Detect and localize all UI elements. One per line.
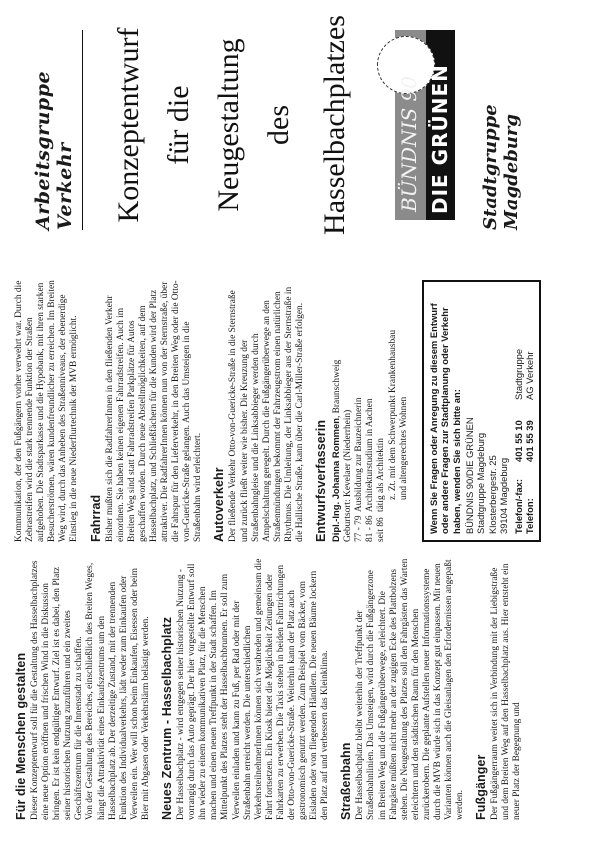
section-heading: Neues Zentrum - Hasselbachplatz <box>160 558 174 820</box>
cover-title-line: des <box>262 0 296 250</box>
phone-owner: AG Verkehr <box>524 352 535 400</box>
phone-owner: Stadtgruppe <box>513 349 524 400</box>
cover-panel: Arbeitsgruppe Verkehr Konzeptentwurf für… <box>0 0 595 250</box>
section-heading: Fußgänger <box>474 558 488 820</box>
phone-label: Telefon: <box>524 462 535 534</box>
contact-group: Stadtgruppe Magdeburg <box>475 288 486 534</box>
contact-street: Klosterbergestr. 25 <box>487 288 498 534</box>
cv-row: und altengerechtes Wohnen <box>399 280 410 542</box>
author-name: Dipl.-Ing. Johanna Rommen, Braunschweig <box>330 280 343 542</box>
phone-row: Telefon: 401 55 39 AG Verkehr <box>524 288 535 534</box>
paragraph: Bisher mußten sich die RadfahrerInnen in… <box>105 280 205 542</box>
cv-text: Architekturstudium in Aachen <box>365 398 376 512</box>
section-heading: Autoverkehr <box>212 280 226 542</box>
cv-row: seit 86tätig als Architektin <box>376 280 387 542</box>
phone-label: Telefon/-fax: <box>513 462 524 534</box>
cv-text: Ausbildung zur Bauzeichnerin <box>354 397 365 512</box>
cv-year: 77 - 79 <box>354 512 365 542</box>
paragraph: Dieser Konzeptentwurf soll für die Gesta… <box>30 558 85 820</box>
contact-org: BÜNDNIS 90/DIE GRÜNEN <box>464 288 475 534</box>
panel-inner-middle: Kommunikation, der den Fußgängern vorher… <box>14 280 585 542</box>
author-city: , Braunschweig <box>332 360 342 418</box>
cv-text: tätig als Architektin <box>376 438 387 512</box>
contact-city: 39104 Magdeburg <box>498 288 509 534</box>
cover-group-name: Arbeitsgruppe Verkehr <box>32 30 83 230</box>
paragraph: Der fließende Verkehr Otto-von-Guericke-… <box>228 280 306 542</box>
cover-city-group: Stadtgruppe Magdeburg <box>480 20 522 230</box>
author-birthplace: Geburtsort: Kevelaer (Niederrhein) <box>343 280 354 542</box>
section-heading: Fahrrad <box>89 280 103 542</box>
paragraph: Der Hasselbachplatz - wird entgegen sein… <box>176 558 331 820</box>
cv-row: 81 - 86Architekturstudium in Aachen <box>365 280 376 542</box>
paragraph: Der Hasselbachplatz bleibt weiterhin der… <box>355 558 466 820</box>
cv-text: und altengerechtes Wohnen <box>399 397 410 500</box>
phone-row: Telefon/-fax: 401 55 10 Stadtgruppe <box>513 288 524 534</box>
cv-row: z. Zt. mit dem Schwerpunkt Krankenhausba… <box>388 280 399 542</box>
cv-text: z. Zt. mit dem Schwerpunkt Krankenhausba… <box>388 330 399 500</box>
brochure-page: Für die Menschen gestalten Dieser Konzep… <box>0 0 595 842</box>
paragraph: Kommunikation, der den Fußgängern vorher… <box>14 280 81 542</box>
contact-lead: Wenn Sie Fragen oder Anregung zu diesem … <box>428 288 462 534</box>
panel-inner-left: Für die Menschen gestalten Dieser Konzep… <box>14 558 585 820</box>
paragraph: Der Fußgängerraum weitet sich in Verbind… <box>490 558 523 820</box>
cover-title-line: Hasselbachplatzes <box>318 0 352 250</box>
cv-year: seit 86 <box>376 512 387 542</box>
section-heading: Für die Menschen gestalten <box>14 558 28 820</box>
cv-year <box>388 500 399 542</box>
cv-row: 77 - 79Ausbildung zur Bauzeichnerin <box>354 280 365 542</box>
section-heading: Straßenbahn <box>339 558 353 820</box>
logo-top-text: BÜNDNIS 90 <box>397 76 421 212</box>
logo-bottom-text: DIE GRÜNEN <box>428 64 452 214</box>
cv-year: 81 - 86 <box>365 512 376 542</box>
cover-title-line: Neugestaltung <box>212 0 246 250</box>
cover-title-line: für die <box>162 0 196 250</box>
cv-year <box>399 500 410 542</box>
section-heading: Entwurfsverfasserin <box>314 280 328 542</box>
phone-number: 401 55 10 <box>513 400 524 462</box>
phone-number: 401 55 39 <box>524 400 535 462</box>
contact-box: Wenn Sie Fragen oder Anregung zu diesem … <box>422 280 542 542</box>
party-logo: BÜNDNIS 90 DIE GRÜNEN <box>395 30 455 220</box>
author-name-bold: Dipl.-Ing. Johanna Rommen <box>330 418 341 542</box>
paragraph: Von der Gestaltung des Bereiches, einsch… <box>85 558 152 820</box>
cover-title-line: Konzeptentwurf <box>112 0 146 250</box>
